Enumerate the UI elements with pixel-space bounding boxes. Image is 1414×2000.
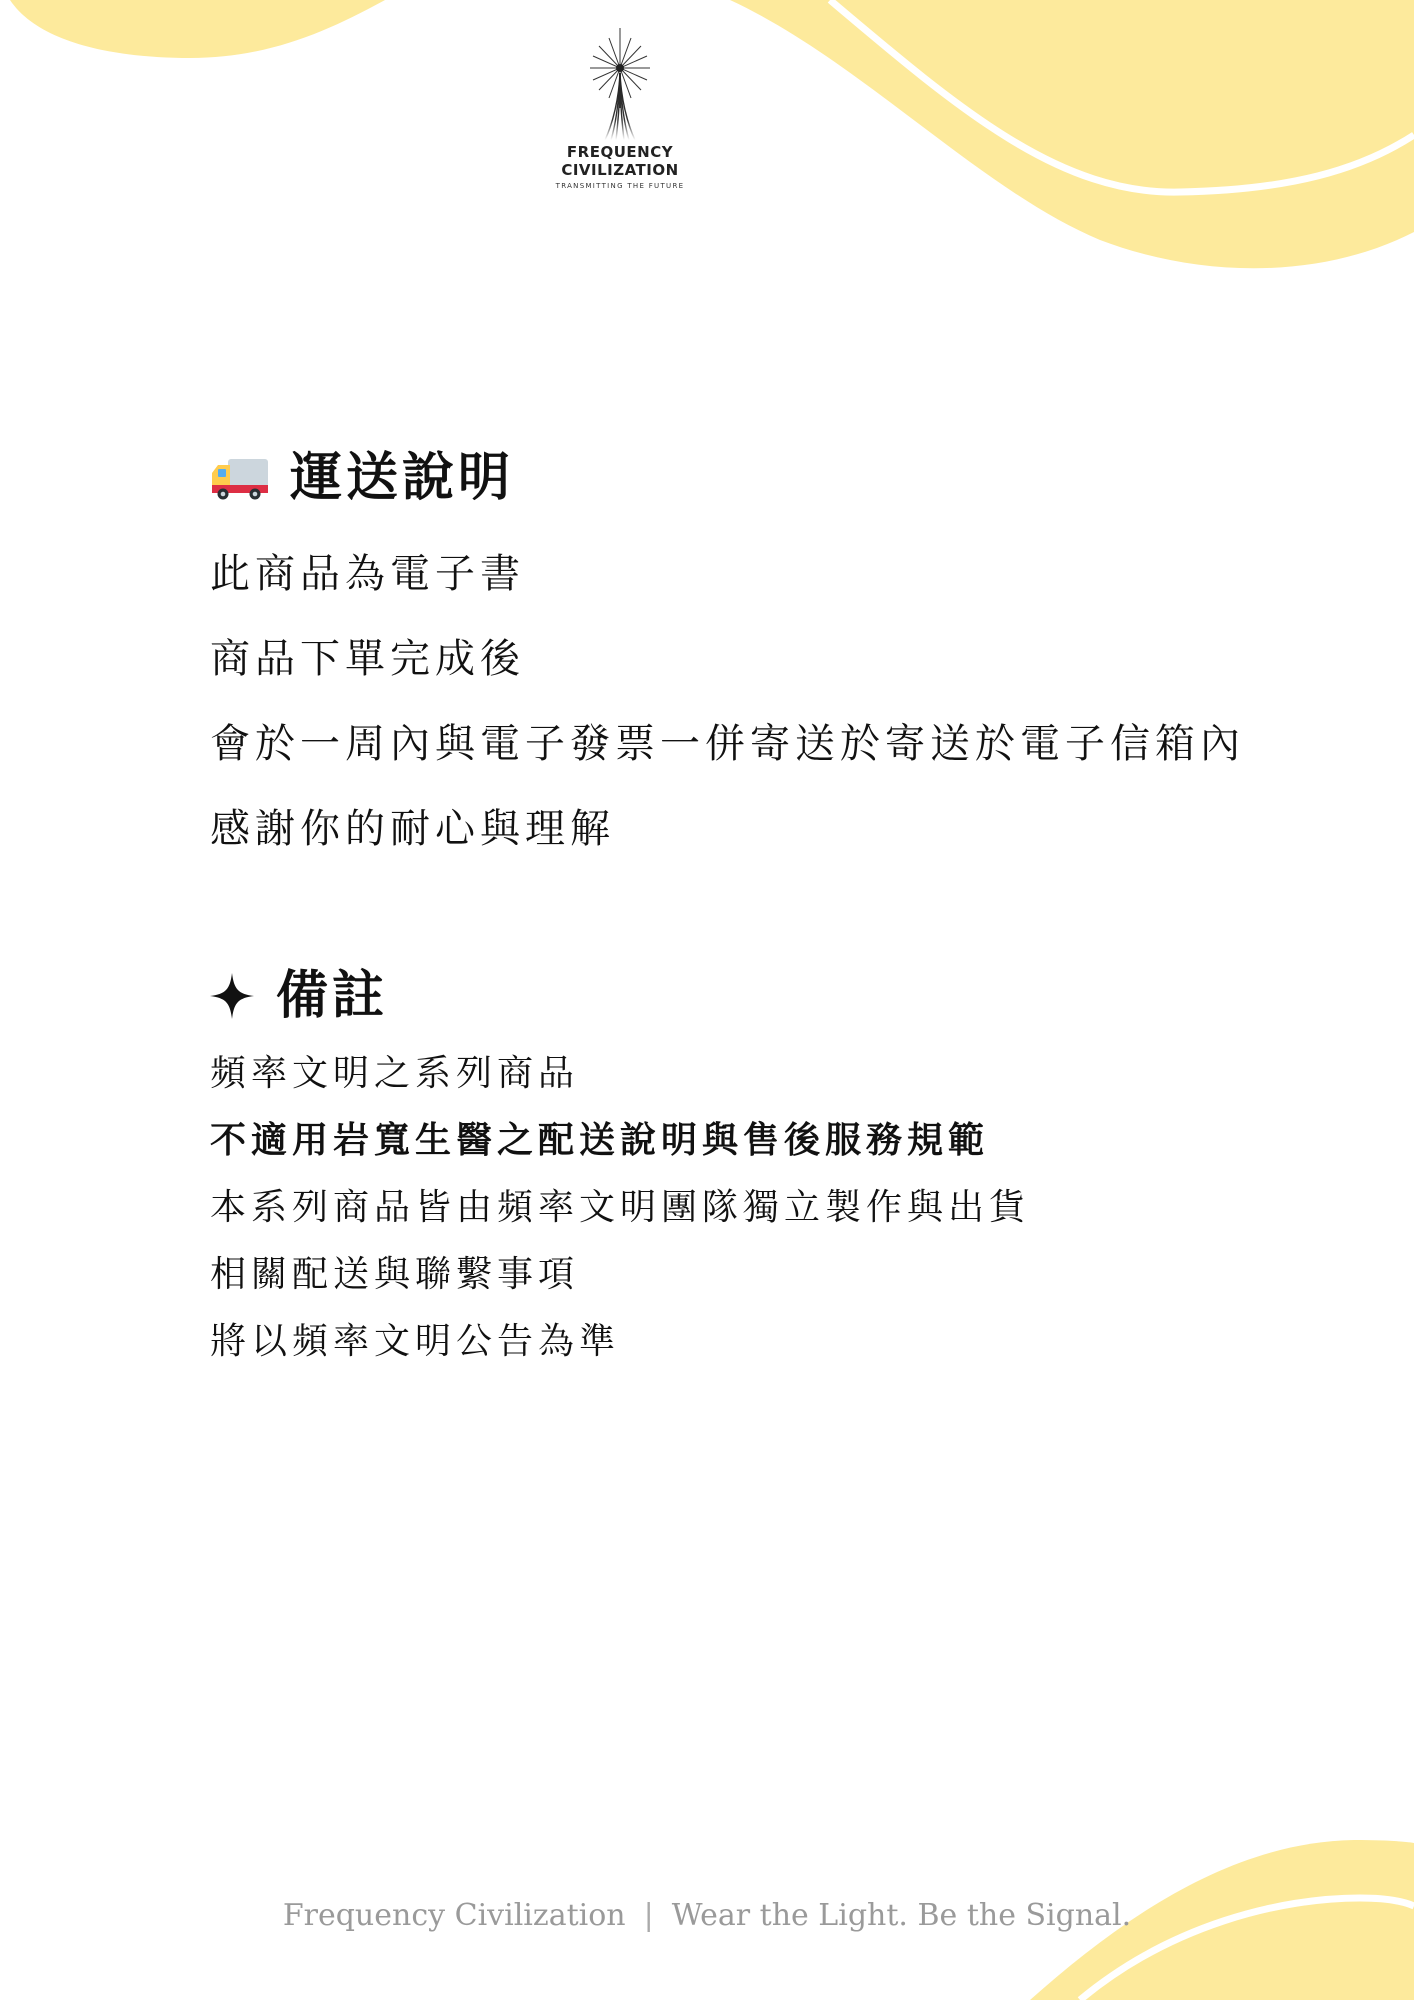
notes-section: 備註 頻率文明之系列商品 不適用岩寬生醫之配送說明與售後服務規範 本系列商品皆由…	[210, 970, 1030, 1391]
brand-name-line1: FREQUENCY	[540, 143, 700, 161]
shipping-line: 商品下單完成後	[210, 639, 1245, 724]
notes-line-emphasis: 不適用岩寬生醫之配送說明與售後服務規範	[210, 1123, 1030, 1190]
delivery-truck-icon	[210, 455, 268, 501]
radiating-tower-icon	[585, 28, 655, 143]
shipping-title: 運送說明	[290, 452, 514, 504]
top-right-wave	[730, 0, 1414, 268]
notes-line: 頻率文明之系列商品	[210, 1056, 1030, 1123]
notes-line: 將以頻率文明公告為準	[210, 1324, 1030, 1391]
shipping-section: 運送說明 此商品為電子書 商品下單完成後 會於一周內與電子發票一併寄送於寄送於電…	[210, 452, 1245, 894]
brand-tagline: TRANSMITTING THE FUTURE	[540, 182, 700, 190]
shipping-heading: 運送說明	[210, 452, 1245, 504]
brand-name-line2: CIVILIZATION	[540, 161, 700, 179]
footer: Frequency Civilization|Wear the Light. B…	[0, 1898, 1414, 1933]
brand-logo: FREQUENCY CIVILIZATION TRANSMITTING THE …	[540, 28, 700, 190]
footer-brand: Frequency Civilization	[283, 1898, 626, 1933]
shipping-line: 此商品為電子書	[210, 554, 1245, 639]
notes-line: 相關配送與聯繫事項	[210, 1257, 1030, 1324]
footer-separator: |	[644, 1898, 654, 1933]
top-right-white-line	[830, 0, 1414, 192]
notes-body: 頻率文明之系列商品 不適用岩寬生醫之配送說明與售後服務規範 本系列商品皆由頻率文…	[210, 1056, 1030, 1391]
top-left-wave	[10, 0, 385, 58]
notes-line: 本系列商品皆由頻率文明團隊獨立製作與出貨	[210, 1190, 1030, 1257]
shipping-body: 此商品為電子書 商品下單完成後 會於一周內與電子發票一併寄送於寄送於電子信箱內 …	[210, 554, 1245, 894]
notes-title: 備註	[276, 970, 388, 1022]
shipping-line: 會於一周內與電子發票一併寄送於寄送於電子信箱內	[210, 724, 1245, 809]
notes-heading: 備註	[210, 970, 1030, 1022]
footer-slogan: Wear the Light. Be the Signal.	[672, 1898, 1131, 1933]
shipping-line: 感謝你的耐心與理解	[210, 809, 1245, 894]
four-point-star-icon	[210, 973, 254, 1019]
